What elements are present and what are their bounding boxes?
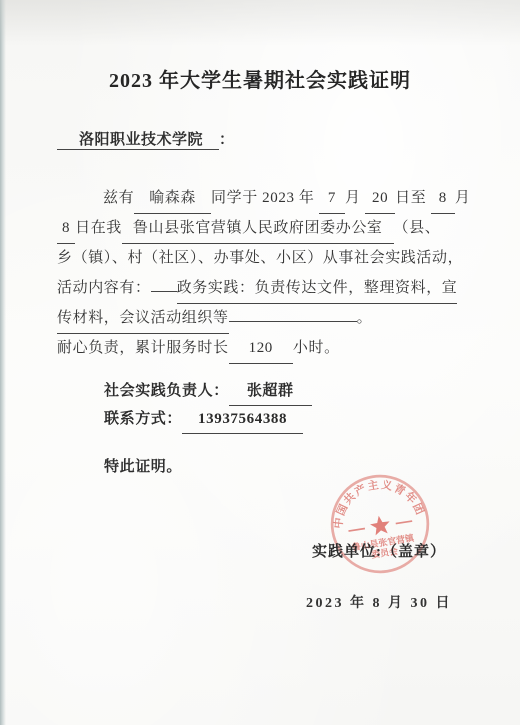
recipient-line: 洛阳职业技术学院：: [57, 128, 235, 150]
start-month: 7: [319, 183, 345, 214]
body-line-5: 传材料，会议活动组织等。: [57, 303, 470, 333]
seal-star-icon: [369, 514, 391, 536]
student-name: 喻森森: [134, 183, 211, 214]
activity-content-part1: 政务实践：负责传达文件，整理资料，宣: [177, 273, 458, 304]
contact-label: 联系方式：: [104, 411, 182, 427]
seal-right-dash: [396, 521, 412, 524]
leader-label: 社会实践负责人：: [104, 383, 229, 399]
contact-number: 13937564388: [182, 405, 303, 434]
text-month-unit-1: 月: [345, 190, 361, 206]
document-title: 2023 年大学生暑期社会实践证明: [0, 64, 520, 93]
seal-left-dash: [348, 528, 364, 531]
text-zi-you: 兹有: [103, 190, 134, 206]
service-hours: 120: [229, 333, 293, 364]
end-day: 8: [57, 213, 75, 244]
activity-content-part2: 传材料，会议活动组织等: [57, 303, 229, 334]
hours-label: 耐心负责，累计服务时长: [57, 340, 229, 356]
text-period: 。: [357, 310, 373, 326]
unit-label: 实践单位:: [312, 544, 382, 560]
scanned-certificate-document: 2023 年大学生暑期社会实践证明 洛阳职业技术学院： 兹有喻森森同学于 202…: [0, 0, 520, 725]
activity-label: 活动内容有：: [57, 280, 151, 296]
end-month: 8: [431, 183, 455, 214]
leader-line: 社会实践负责人：张超群: [104, 377, 312, 405]
seal-graphic: 中国共产主义青年团 鲁山县张官营镇 委员会: [321, 465, 440, 584]
signature-block: 社会实践负责人：张超群 联系方式：13937564388: [104, 377, 312, 433]
body-line-6: 耐心负责，累计服务时长120小时。: [57, 333, 470, 363]
practice-org: 鲁山县张官营镇人民政府团委办公室: [122, 213, 394, 244]
blank-fill-before-content: [151, 291, 177, 292]
red-official-seal: 中国共产主义青年团 鲁山县张官营镇 委员会: [321, 465, 440, 584]
recipient-colon: ：: [219, 132, 235, 148]
seal-note: （盖章）: [382, 544, 446, 560]
text-after-org: （县、: [394, 220, 441, 236]
certificate-body: 兹有喻森森同学于 2023 年 7月 20日至 8月 8日在我鲁山县张官营镇人民…: [57, 183, 470, 363]
text-hours-unit: 小时。: [293, 340, 340, 356]
start-day: 20: [365, 183, 395, 214]
body-line-1: 兹有喻森森同学于 2023 年 7月 20日至 8月: [57, 183, 470, 213]
text-day-to: 日至: [395, 190, 426, 206]
seal-arc-text: 中国共产主义青年团: [324, 470, 429, 531]
text-after-name: 同学于 2023 年: [211, 190, 315, 206]
closing-statement: 特此证明。: [104, 455, 182, 476]
body-line-4: 活动内容有：政务实践：负责传达文件，整理资料，宣: [57, 273, 470, 303]
contact-line: 联系方式：13937564388: [104, 405, 312, 433]
body-line-2: 8日在我鲁山县张官营镇人民政府团委办公室（县、: [57, 213, 470, 243]
recipient-school: 洛阳职业技术学院: [57, 128, 219, 150]
body-line-3: 乡（镇）、村（社区）、办事处、小区）从事社会实践活动，: [57, 243, 470, 273]
text-pre-org: 日在我: [75, 220, 122, 236]
leader-name: 张超群: [229, 377, 312, 406]
blank-fill-after-content: [229, 321, 357, 322]
text-month-unit-2: 月: [455, 190, 471, 206]
issue-date: 2023 年 8 月 30 日: [306, 592, 452, 612]
practice-unit-line: 实践单位:（盖章）: [312, 540, 446, 561]
